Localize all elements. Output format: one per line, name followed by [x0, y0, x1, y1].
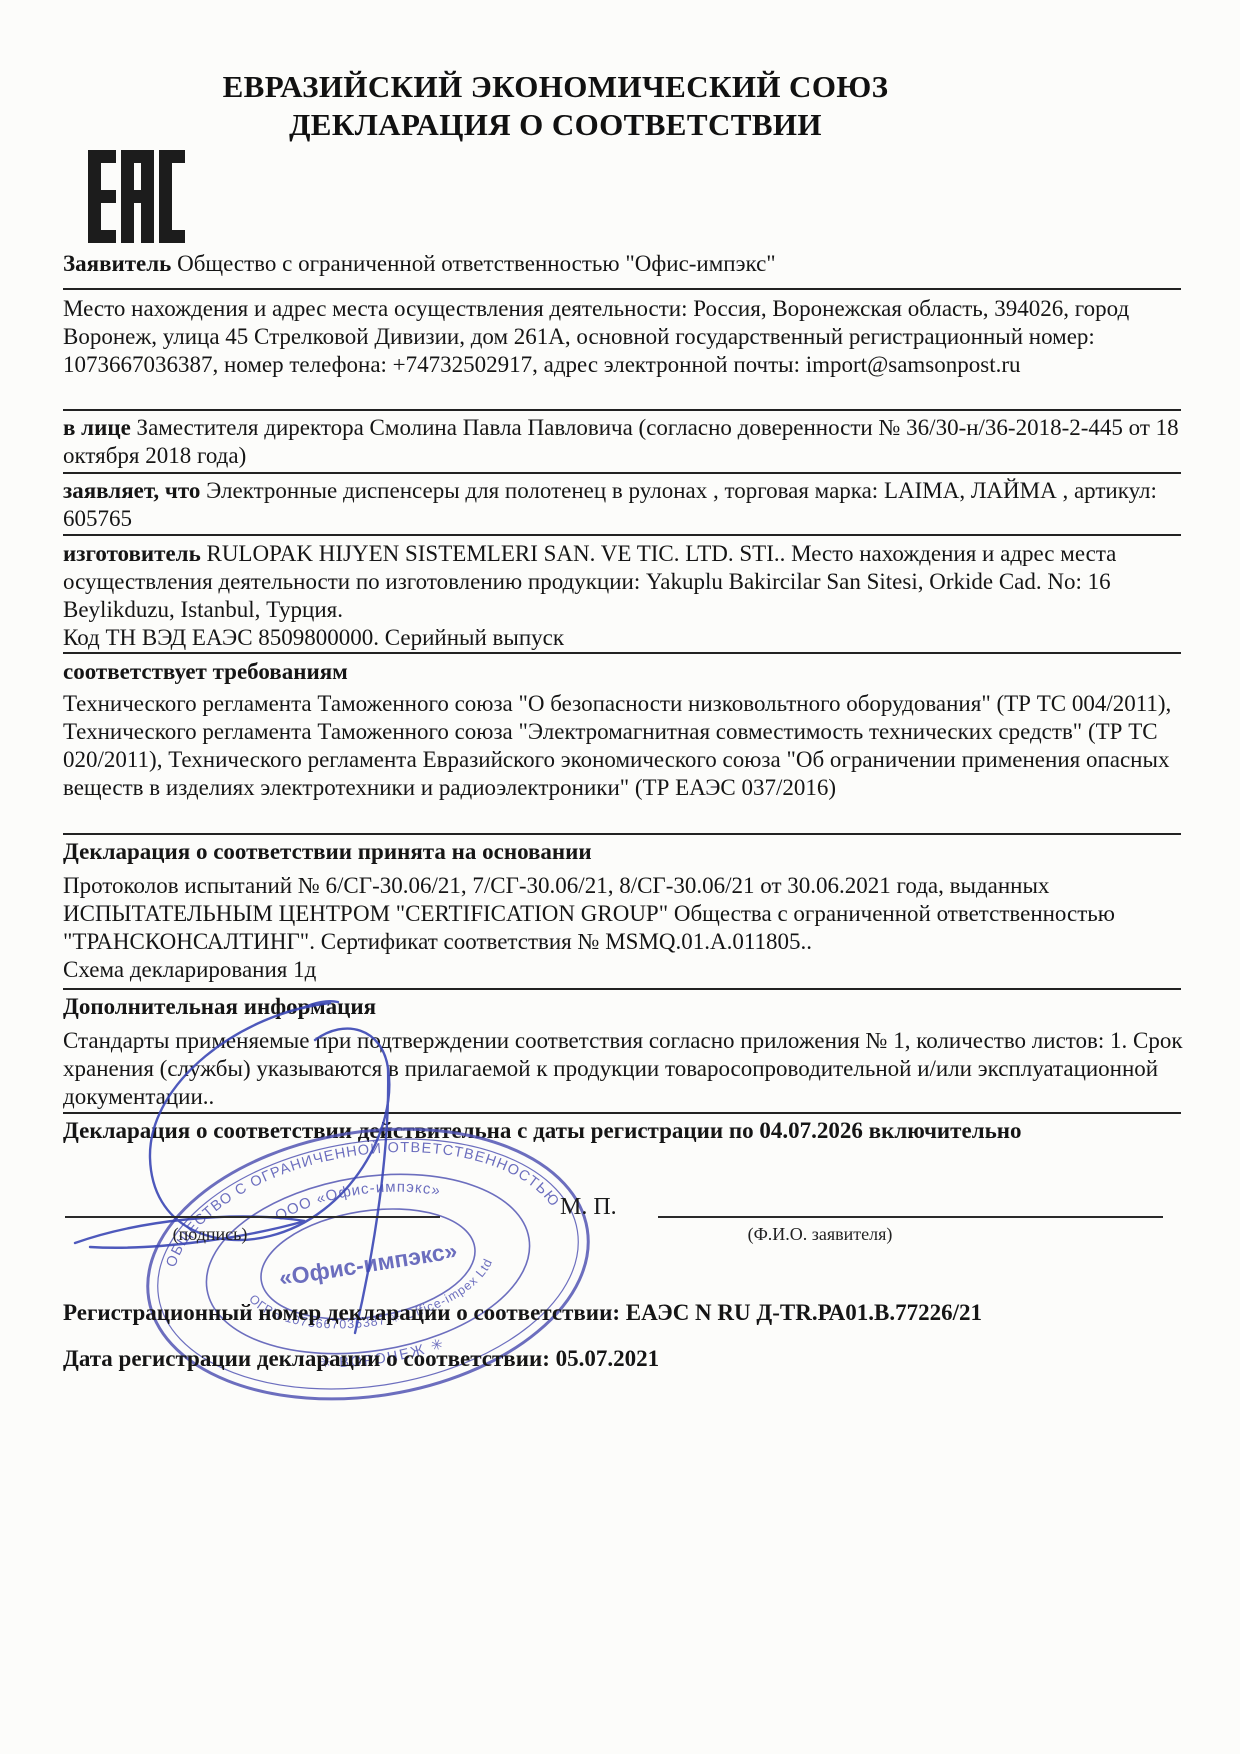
applicant-label: Заявитель	[63, 251, 171, 276]
test-protocols: Протоколов испытаний № 6/СГ-30.06/21, 7/…	[63, 872, 1183, 956]
tn-ved-code: Код ТН ВЭД ЕАЭС 8509800000. Серийный вып…	[63, 624, 1183, 652]
represented-label: в лице	[63, 415, 131, 440]
section-represented-by: в лице Заместителя директора Смолина Пав…	[63, 414, 1183, 470]
declares-value: Электронные диспенсеры для полотенец в р…	[63, 478, 1157, 531]
section-address: Место нахождения и адрес места осуществл…	[63, 295, 1183, 379]
stamp-place-mark: М. П.	[560, 1194, 617, 1221]
declares-label: заявляет, что	[63, 478, 200, 503]
section-divider	[63, 833, 1181, 835]
handwritten-signature	[75, 1001, 389, 1333]
company-stamp: ОБЩЕСТВО С ОГРАНИЧЕННОЙ ОТВЕТСТВЕННОСТЬЮ…	[60, 988, 620, 1408]
fio-caption: (Ф.И.О. заявителя)	[680, 1224, 960, 1245]
signature-caption: (подпись)	[95, 1224, 325, 1245]
basis-heading: Декларация о соответствии принята на осн…	[63, 838, 1183, 866]
stamp-center-text: «Офис-импэкс»	[277, 1237, 459, 1291]
document-title: ЕВРАЗИЙСКИЙ ЭКОНОМИЧЕСКИЙ СОЮЗ ДЕКЛАРАЦИ…	[63, 68, 1048, 144]
section-divider	[63, 652, 1181, 654]
section-manufacturer: изготовитель RULOPAK HIJYEN SISTEMLERI S…	[63, 540, 1183, 652]
registration-date: Дата регистрации декларации о соответств…	[63, 1346, 1213, 1372]
section-divider	[63, 472, 1181, 474]
technical-regulations: Технического регламента Таможенного союз…	[63, 690, 1183, 802]
represented-value: Заместителя директора Смолина Павла Павл…	[63, 415, 1179, 468]
address-text: Место нахождения и адрес места осуществл…	[63, 295, 1183, 379]
complies-heading: соответствует требованиям	[63, 658, 1183, 686]
basis-text: Протоколов испытаний № 6/СГ-30.06/21, 7/…	[63, 872, 1183, 956]
manufacturer-value: RULOPAK HIJYEN SISTEMLERI SAN. VE TIC. L…	[63, 541, 1116, 622]
title-line-union: ЕВРАЗИЙСКИЙ ЭКОНОМИЧЕСКИЙ СОЮЗ	[63, 68, 1048, 106]
signature-line	[65, 1216, 440, 1218]
complies-text: Технического регламента Таможенного союз…	[63, 690, 1183, 802]
applicant-name-line	[658, 1216, 1163, 1218]
section-divider	[63, 288, 1181, 290]
registration-number: Регистрационный номер декларации о соотв…	[63, 1300, 1213, 1326]
title-line-declaration: ДЕКЛАРАЦИЯ О СООТВЕТСТВИИ	[63, 106, 1048, 144]
declaration-document-page: ЕВРАЗИЙСКИЙ ЭКОНОМИЧЕСКИЙ СОЮЗ ДЕКЛАРАЦИ…	[0, 0, 1240, 1754]
manufacturer-label: изготовитель	[63, 541, 201, 566]
declaration-scheme: Схема декларирования 1д	[63, 956, 1183, 984]
eac-mark-icon	[88, 150, 185, 243]
section-applicant: Заявитель Общество с ограниченной ответс…	[63, 250, 1183, 278]
section-divider	[63, 534, 1181, 536]
applicant-value: Общество с ограниченной ответственностью…	[177, 251, 776, 276]
section-divider	[63, 409, 1181, 411]
section-declares: заявляет, что Электронные диспенсеры для…	[63, 477, 1183, 533]
